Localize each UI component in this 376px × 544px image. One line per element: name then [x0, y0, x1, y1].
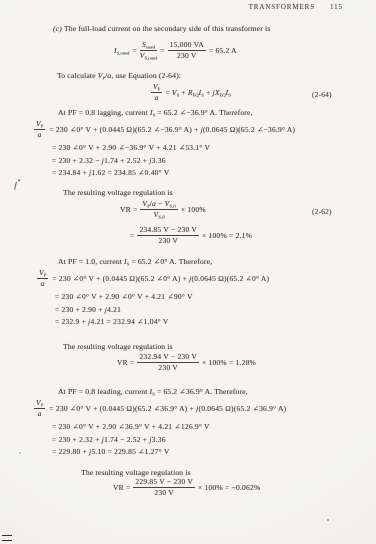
fraction-numerator: VP/a − VS,fl [140, 200, 177, 210]
vp-over-a-fraction: VPa [37, 269, 48, 289]
phasor-block-lagging: VPa = 230 ∠0° V + (0.0445 Ω)(65.2 ∠−36.9… [34, 120, 295, 177]
eq-tail: × 100% = 1.28% [202, 358, 256, 367]
equation-number-2-64: (2-64) [312, 90, 332, 99]
equation-line: = 230 ∠0° V + (0.0445 Ω)(65.2 ∠−36.9° A)… [49, 125, 295, 134]
fraction-denominator: 230 V [154, 488, 174, 497]
eq-lhs: VR = [113, 483, 130, 492]
paragraph-vr-intro: The resulting voltage regulation is [81, 468, 191, 477]
paragraph-case-leading: At PF = 0.8 leading, current IS = 65.2 ∠… [58, 387, 248, 396]
fraction-numerator: VP [37, 269, 48, 279]
paragraph-part-c: (c) The full-load current on the seconda… [53, 24, 270, 33]
paragraph-case-lagging: At PF = 0.8 lagging, current IS = 65.2 ∠… [58, 108, 253, 117]
eq-tail: × 100% [181, 205, 206, 214]
fraction-denominator: 230 V [158, 236, 178, 245]
scanned-textbook-page: TRANSFORMERS 115 (c) The full-load curre… [0, 0, 376, 544]
vr-fraction: 234.85 V − 230 V230 V [137, 226, 199, 246]
fraction-denominator: a [38, 130, 42, 139]
fraction-denominator: VS,rated [140, 51, 157, 60]
phasor-block-leading: VPa = 230 ∠0° V + (0.0445 Ω)(65.2 ∠36.9°… [34, 399, 286, 456]
paragraph-eq64-intro: To calculate VP/a, use Equation (2-64): [57, 71, 181, 80]
equals-sign: = [160, 46, 164, 55]
equation-vr-lagging-result: = 234.85 V − 230 V230 V × 100% = 2.1% [130, 226, 252, 246]
vr-fraction: 229.85 V − 230 V230 V [133, 478, 195, 498]
fraction-symbolic: SratedVS,rated [140, 41, 157, 61]
equation-line: = 230 ∠0° V + (0.0445 Ω)(65.2 ∠36.9° A) … [49, 404, 286, 413]
fraction-numerator: VP [34, 399, 45, 409]
vp-over-a-fraction: VPa [34, 120, 45, 140]
fraction-numerator: 15,000 VA [168, 41, 206, 51]
scan-artifact-corner-mark [2, 535, 12, 541]
equation-vr-definition: VR = VP/a − VS,flVS,fl × 100% [120, 200, 206, 220]
equation-row: VPa = 230 ∠0° V + (0.0445 Ω)(65.2 ∠36.9°… [34, 399, 286, 419]
equation-line: = 232.9 + j4.21 = 232.94 ∠1.04° V [55, 317, 269, 326]
vp-over-a-fraction: VPa [34, 399, 45, 419]
eq-rhs: = VS + REQIS + jXEQIS [165, 88, 231, 97]
equation-line: = 229.80 + j5.10 = 229.85 ∠1.27° V [52, 447, 286, 456]
equation-rated-current: IS,rated = SratedVS,rated = 15,000 VA230… [114, 41, 237, 61]
equation-2-64: VPa = VS + REQIS + jXEQIS [151, 83, 231, 103]
scan-artifact-fleck [327, 519, 329, 521]
equation-line: = 230 ∠0° V + (0.0445 Ω)(65.2 ∠0° A) + j… [52, 274, 269, 283]
eq-result: = 65.2 A [209, 46, 237, 55]
fraction-denominator: 230 V [177, 51, 197, 60]
scan-artifact-smudge [14, 182, 20, 191]
eq-lhs: IS,rated [114, 46, 129, 55]
part-label: (c) [53, 24, 62, 33]
fraction-denominator: a [155, 93, 159, 102]
paragraph-text: The full-load current on the secondary s… [64, 24, 270, 33]
equation-line: = 230 + 2.32 + j1.74 − 2.52 + j3.36 [52, 435, 286, 444]
equation-line: = 234.84 + j1.62 = 234.85 ∠0.40° V [52, 168, 295, 177]
vr-fraction: 232.94 V − 230 V230 V [137, 353, 199, 373]
fraction-denominator: a [38, 409, 42, 418]
equation-number-2-62: (2-62) [312, 207, 332, 216]
eq-lhs: VR = [117, 358, 134, 367]
scan-artifact-fleck [19, 452, 21, 454]
equation-vr-unity-result: VR = 232.94 V − 230 V230 V × 100% = 1.28… [117, 353, 256, 373]
equals-sign: = [132, 46, 136, 55]
fraction-numerator: 234.85 V − 230 V [137, 226, 199, 236]
fraction-numerator: VP [34, 120, 45, 130]
fraction-numeric: 15,000 VA230 V [168, 41, 206, 61]
equation-line: = 230 ∠0° V + 2.90 ∠36.9° V + 4.21 ∠126.… [52, 422, 286, 431]
vp-over-a-fraction: VPa [151, 83, 162, 103]
equation-row: VPa = 230 ∠0° V + (0.0445 Ω)(65.2 ∠−36.9… [34, 120, 295, 140]
fraction-denominator: 230 V [158, 363, 178, 372]
equation-vr-leading-result: VR = 229.85 V − 230 V230 V × 100% = −0.0… [113, 478, 260, 498]
fraction-numerator: Srated [140, 41, 157, 51]
eq-lhs: VR = [120, 205, 137, 214]
page-number: 115 [330, 3, 343, 11]
fraction-numerator: 229.85 V − 230 V [133, 478, 195, 488]
vr-fraction: VP/a − VS,flVS,fl [140, 200, 177, 220]
running-head: TRANSFORMERS [249, 3, 315, 11]
fraction-denominator: a [41, 279, 45, 288]
fraction-numerator: VP [151, 83, 162, 93]
eq-tail: × 100% = 2.1% [202, 231, 252, 240]
equation-line: = 230 ∠0° V + 2.90 ∠−36.9° V + 4.21 ∠53.… [52, 143, 295, 152]
page-header: TRANSFORMERS 115 [0, 3, 343, 11]
paragraph-vr-intro: The resulting voltage regulation is [63, 342, 173, 351]
equation-row: VPa = 230 ∠0° V + (0.0445 Ω)(65.2 ∠0° A)… [37, 269, 269, 289]
fraction-denominator: VS,fl [154, 210, 165, 219]
eq-tail: × 100% = −0.062% [198, 483, 260, 492]
phasor-block-unity: VPa = 230 ∠0° V + (0.0445 Ω)(65.2 ∠0° A)… [37, 269, 269, 326]
equation-line: = 230 + 2.32 − j1.74 + 2.52 + j3.36 [52, 156, 295, 165]
equals-sign: = [130, 231, 134, 240]
paragraph-vr-intro: The resulting voltage regulation is [63, 188, 173, 197]
equation-line: = 230 ∠0° V + 2.90 ∠0° V + 4.21 ∠90° V [55, 292, 269, 301]
paragraph-case-unity: At PF = 1.0, current IS = 65.2 ∠0° A. Th… [58, 257, 212, 266]
equation-line: = 230 + 2.90 + j4.21 [55, 305, 269, 314]
fraction-numerator: 232.94 V − 230 V [137, 353, 199, 363]
